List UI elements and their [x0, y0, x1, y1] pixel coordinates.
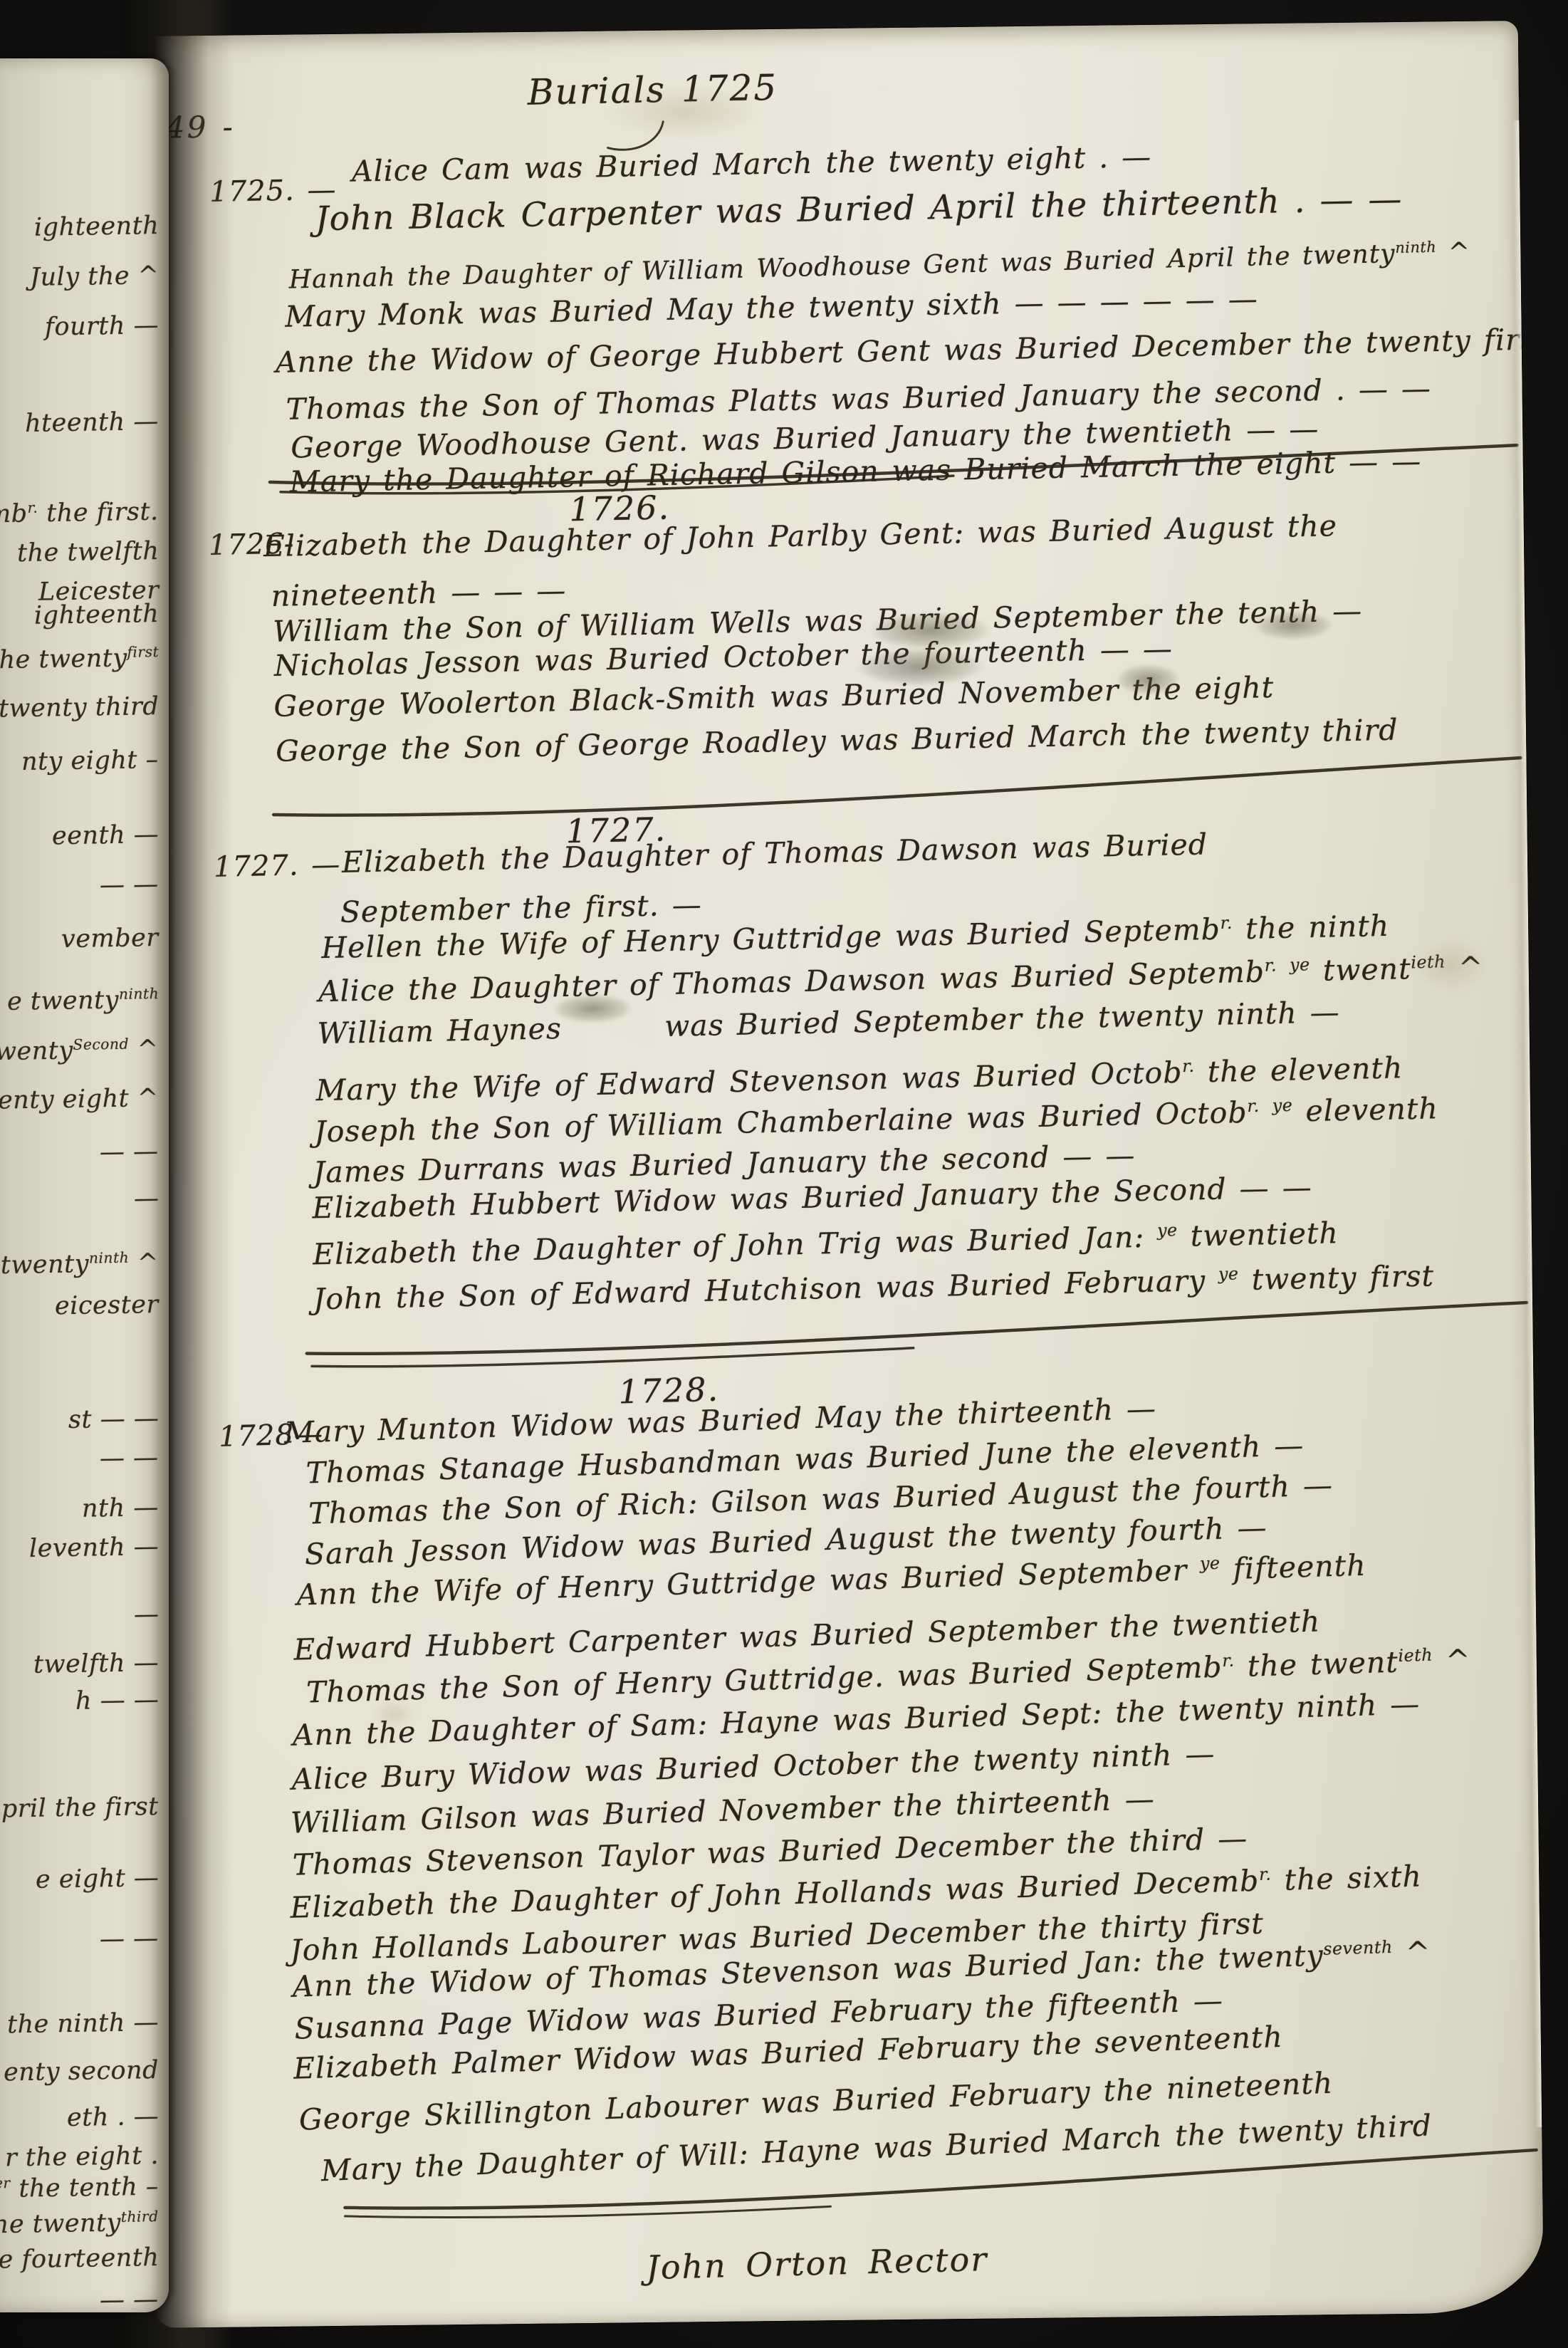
previous-page-line: r the eight .	[5, 2144, 160, 2171]
burial-entry: nineteenth — — —	[271, 576, 566, 611]
superscript-insertion: ye	[1200, 1553, 1221, 1574]
burial-entry: William Haynes was Buried September the …	[317, 998, 1340, 1048]
superscript-insertion: ye	[1157, 1220, 1178, 1241]
superscript-insertion: ye	[1272, 1095, 1292, 1116]
previous-page-line: nty eight –	[21, 748, 159, 775]
previous-page-line: twenty eight ^	[0, 1086, 159, 1114]
previous-page-line: twenty third	[0, 694, 159, 722]
superscript-insertion: ninth	[1395, 239, 1436, 256]
burial-entries: 1725. —Alice Cam was Buried March the tw…	[130, 21, 1518, 36]
previous-page-edge: ighteenthJuly the ^fourth —hteenth —mbr.…	[0, 58, 169, 2312]
burial-entry: Anne the Widow of George Hubbert Gent wa…	[276, 325, 1545, 377]
previous-page-line: vember	[61, 926, 159, 952]
superscript-insertion: ye	[1218, 1263, 1239, 1284]
previous-page-line: st — —	[68, 1407, 159, 1433]
superscript-insertion: Second	[73, 1035, 130, 1053]
previous-page-line: — —	[100, 1139, 159, 1165]
previous-page-line: — —	[100, 2287, 159, 2312]
superscript-insertion: ninth	[118, 985, 159, 1003]
hand-drawn-rule	[345, 2206, 830, 2219]
previous-page-line: — —	[100, 1926, 159, 1952]
previous-page-line: fourth —	[45, 313, 160, 340]
burial-entry: Mary Monk was Buried May the twenty sixt…	[285, 285, 1258, 332]
superscript-insertion: ninth	[89, 1249, 130, 1267]
burial-entry: George the Son of George Roadley was Bur…	[276, 716, 1399, 766]
burial-entry: John Black Carpenter was Buried April th…	[315, 182, 1403, 236]
previous-page-line: the twelfth	[16, 539, 159, 566]
previous-page-line: hteenth —	[25, 409, 159, 437]
previous-page-line: the ninth —	[7, 2010, 159, 2037]
year-heading: 1728.	[618, 1373, 720, 1409]
superscript-insertion: first	[127, 643, 159, 661]
previous-page-line: eenth —	[52, 823, 160, 849]
previous-page-line: ighteenth	[33, 214, 159, 241]
burial-entry: Elizabeth the Daughter of John Parlby Ge…	[263, 511, 1338, 561]
burial-entry: Hannah the Daughter of William Woodhouse…	[288, 239, 1470, 293]
paper-stain	[1393, 925, 1507, 1005]
burial-entry: Elizabeth the Daughter of Thomas Dawson …	[342, 830, 1208, 877]
previous-page-line: enty second	[4, 2058, 160, 2085]
previous-page-line: e eight —	[35, 1866, 159, 1893]
hand-drawn-rule	[273, 758, 1522, 816]
previous-page-line: — —	[100, 1446, 159, 1471]
burial-entry: John the Son of Edward Hutchison was Bur…	[313, 1261, 1435, 1314]
previous-page-line: eth . —	[67, 2104, 160, 2131]
ink-smudge	[1240, 605, 1347, 646]
previous-page-line: —	[133, 1186, 159, 1212]
previous-page-line: April the first	[0, 1795, 159, 1822]
superscript-insertion: r.	[28, 499, 38, 516]
previous-page-line: ner the tenth –	[0, 2174, 159, 2203]
previous-page-line: the fourteenth	[0, 2245, 159, 2273]
superscript-insertion: r.	[1264, 955, 1277, 975]
previous-page-line: —	[133, 1602, 159, 1628]
burial-entry: Alice Cam was Buried March the twenty ei…	[352, 142, 1152, 187]
previous-page-line: — —	[100, 872, 159, 898]
superscript-insertion: ieth	[1398, 1645, 1433, 1666]
previous-page-line: ighteenth	[33, 602, 159, 629]
previous-page-line: h — —	[75, 1688, 159, 1714]
archival-scan: { "colors":{"ink":"#2b2418","paper":"#e6…	[0, 0, 1568, 2348]
previous-page-line: nth —	[82, 1496, 159, 1522]
superscript-insertion: third	[121, 2208, 159, 2226]
ink-smudges-and-stains	[130, 21, 1518, 36]
superscript-insertion: r.	[1182, 1056, 1195, 1076]
previous-page-line: e twentyninth	[6, 986, 159, 1015]
burial-entry: Elizabeth the Daughter of John Trig was …	[313, 1219, 1339, 1269]
rector-signature: John Orton Rector	[646, 2243, 988, 2284]
superscript-insertion: r.	[1222, 1650, 1235, 1670]
superscript-insertion: seventh	[1323, 1937, 1393, 1959]
superscript-insertion: ye	[1290, 954, 1310, 975]
previous-page-line: mbr. the first.	[0, 499, 159, 527]
previous-page-line: leventh —	[29, 1535, 160, 1562]
superscript-insertion: r.	[1259, 1864, 1272, 1884]
superscript-insertion: r.	[1247, 1096, 1260, 1116]
previous-page-line: twelfth —	[33, 1651, 160, 1678]
superscript-insertion: er	[0, 2174, 11, 2191]
burial-entry: September the first. —	[340, 890, 702, 927]
previous-page-line: the twentyfirst	[0, 645, 159, 673]
hand-drawn-rule	[312, 1348, 914, 1367]
previous-page-line: eicester	[55, 1293, 159, 1319]
previous-page-line: e twentyninth ^	[0, 1250, 159, 1279]
superscript-insertion: r.	[1220, 913, 1233, 933]
previous-page-line: July the ^	[29, 264, 159, 291]
register-page: - 49 - Burials 1725 1725. —Alice Cam was…	[130, 21, 1544, 2328]
year-heading: 1726.	[569, 491, 671, 526]
previous-page-line: the twentySecond ^	[0, 1036, 159, 1066]
previous-page-line: br.^ the twentythird	[0, 2209, 159, 2239]
